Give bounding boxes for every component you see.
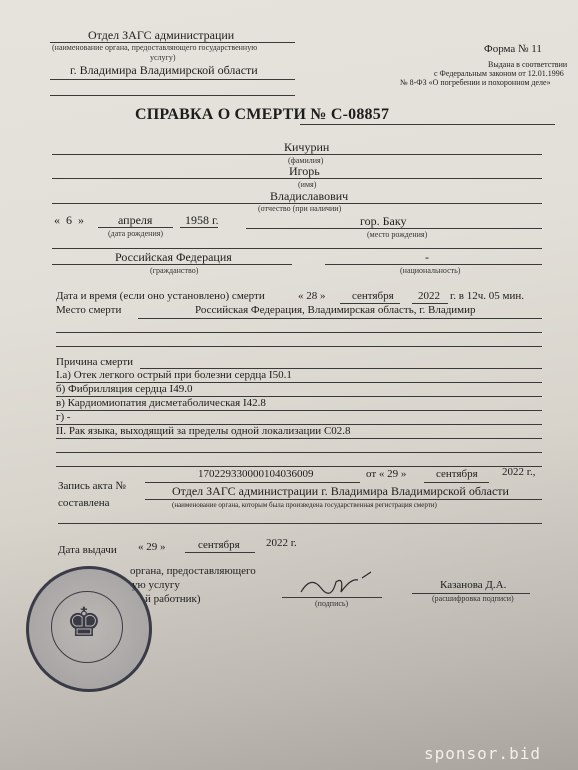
- composed-caption: (наименование органа, которым была произ…: [172, 501, 437, 509]
- org-caption2: услугу): [150, 53, 176, 62]
- death-certificate: Отдел ЗАГС администрации (наименование о…: [0, 0, 578, 770]
- patronymic: Владиславович: [270, 189, 348, 204]
- death-time: г. в 12ч. 05 мин.: [450, 290, 524, 302]
- law-line1: Выдана в соответствии: [488, 60, 567, 69]
- birth-day: 6: [66, 213, 72, 227]
- death-place-label: Место смерти: [56, 304, 121, 316]
- certificate-number: С-08857: [331, 106, 389, 123]
- surname: Кичурин: [284, 140, 329, 155]
- death-datetime-label: Дата и время (если оно установлено) смер…: [56, 290, 265, 302]
- nationality: -: [425, 250, 429, 265]
- birth-place-caption: (место рождения): [367, 230, 427, 239]
- issue-label: Дата выдачи: [58, 544, 117, 556]
- composed-by: Отдел ЗАГС администрации г. Владимира Вл…: [172, 484, 509, 499]
- document-title: СПРАВКА О СМЕРТИ № С-08857: [135, 106, 389, 124]
- org-caption: (наименование органа, предоставляющего г…: [52, 43, 257, 52]
- death-month: сентября: [352, 290, 394, 302]
- official-line1: органа, предоставляющего: [130, 565, 256, 577]
- cause-label: Причина смерти: [56, 356, 133, 368]
- watermark: sponsor.bid: [424, 744, 541, 763]
- coat-of-arms-icon: ♚: [66, 599, 102, 646]
- record-label: Запись акта №: [58, 480, 126, 492]
- issue-month: сентября: [198, 539, 240, 551]
- record-month: сентября: [436, 468, 478, 480]
- citizenship-caption: (гражданство): [150, 266, 198, 275]
- patronymic-caption: (отчество (при наличии): [258, 204, 341, 213]
- nationality-caption: (национальность): [400, 266, 460, 275]
- first-name: Игорь: [289, 164, 320, 179]
- issue-day: « 29 »: [138, 541, 166, 553]
- composed-label: составлена: [58, 497, 110, 509]
- citizenship: Российская Федерация: [115, 250, 232, 265]
- official-line2: ую услугу: [132, 579, 180, 591]
- cause-item: г) -: [56, 411, 71, 423]
- cause-item: б) Фибрилляция сердца I49.0: [56, 383, 192, 395]
- birth-date: « 6 »: [54, 213, 84, 228]
- form-number: Форма № 11: [484, 43, 542, 55]
- org-line1: Отдел ЗАГС администрации: [88, 28, 234, 43]
- signature-scribble: [296, 570, 376, 600]
- signer-name: Казанова Д.А.: [440, 579, 506, 591]
- death-year: 2022: [418, 290, 440, 302]
- record-date: от « 29 »: [366, 468, 406, 480]
- signer-caption: (расшифровка подписи): [432, 594, 514, 603]
- record-year: 2022 г.,: [502, 466, 536, 478]
- birth-caption: (дата рождения): [108, 229, 163, 238]
- org-line2: г. Владимира Владимирской области: [70, 63, 258, 78]
- death-place: Российская Федерация, Владимирская облас…: [195, 304, 476, 316]
- sign-caption: (подпись): [315, 599, 348, 608]
- birth-month: апреля: [118, 213, 152, 228]
- death-day: « 28 »: [298, 290, 326, 302]
- official-line3: й работник): [145, 593, 201, 605]
- title-label: СПРАВКА О СМЕРТИ №: [135, 106, 327, 123]
- cause-item: в) Кардиомиопатия дисметаболическая I42.…: [56, 397, 266, 409]
- law-line3: № 8-ФЗ «О погребении и похоронном деле»: [400, 78, 551, 87]
- cause-item: I.а) Отек легкого острый при болезни сер…: [56, 369, 292, 381]
- record-number: 170229330000104036009: [198, 468, 314, 480]
- birth-place: гор. Баку: [360, 214, 407, 229]
- birth-year: 1958 г.: [185, 213, 219, 228]
- cause-item: II. Рак языка, выходящий за пределы одно…: [56, 425, 351, 437]
- issue-year: 2022 г.: [266, 537, 297, 549]
- law-line2: с Федеральным законом от 12.01.1996: [434, 69, 564, 78]
- first-name-caption: (имя): [298, 180, 316, 189]
